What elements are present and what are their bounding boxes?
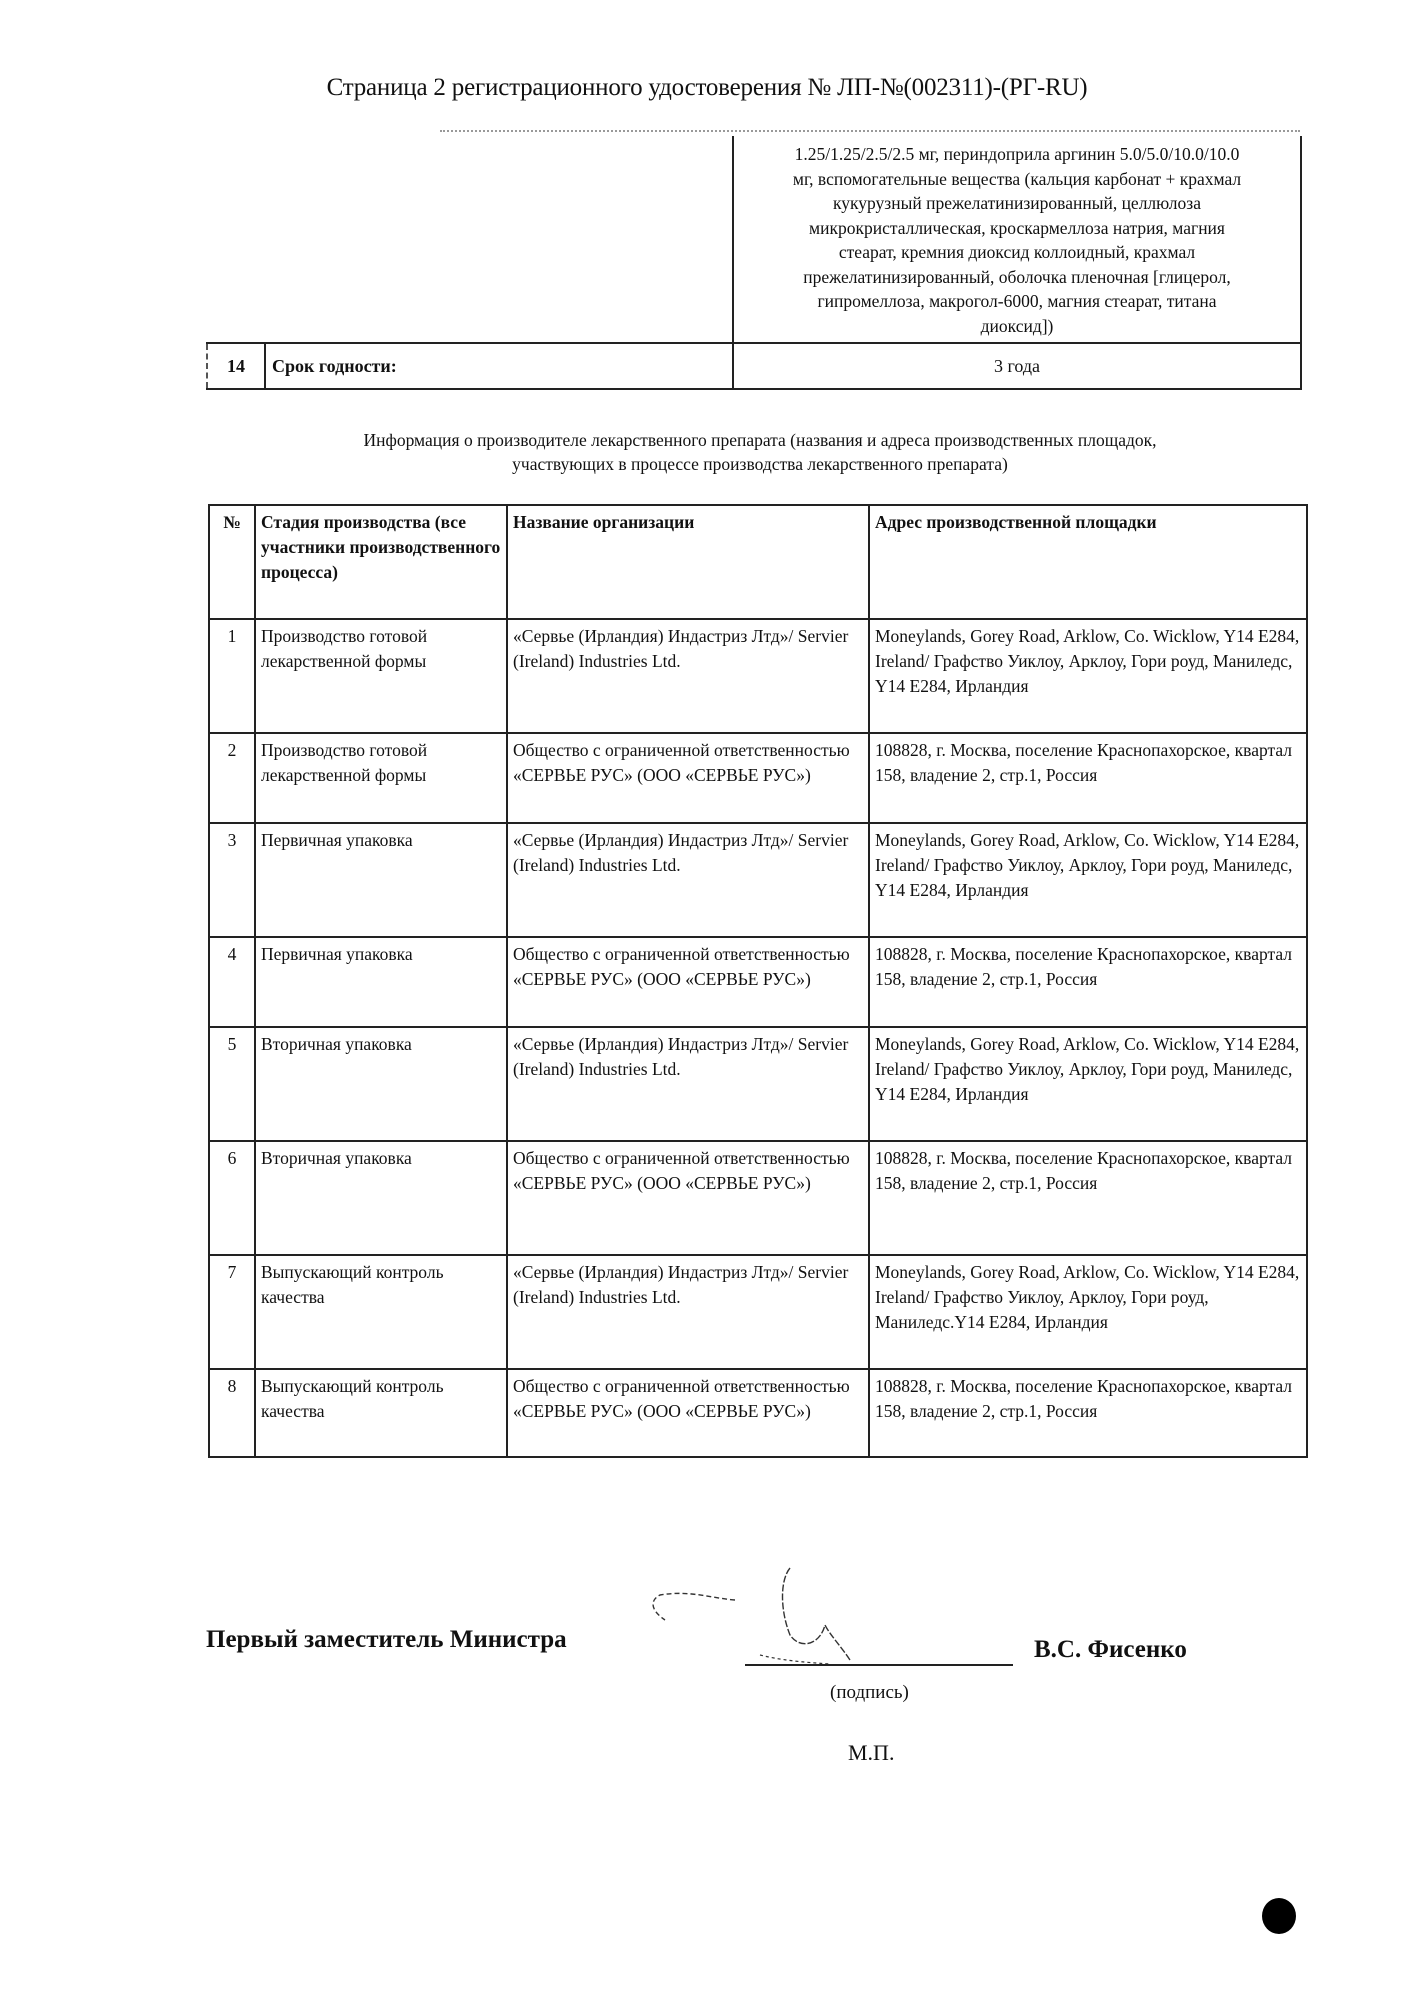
shelf-life-label: Срок годности: bbox=[265, 343, 733, 389]
stage-cell: Выпускающий контроль качества bbox=[255, 1255, 507, 1369]
row-number: 6 bbox=[209, 1141, 255, 1255]
stage-cell: Первичная упаковка bbox=[255, 937, 507, 1027]
signature-caption: (подпись) bbox=[830, 1682, 909, 1704]
row-number: 14 bbox=[207, 343, 265, 389]
composition-line: прежелатинизированный, оболочка пленочна… bbox=[742, 265, 1292, 290]
composition-cell: 1.25/1.25/2.5/2.5 мг, периндоприла аргин… bbox=[733, 136, 1301, 343]
composition-continuation-table: 1.25/1.25/2.5/2.5 мг, периндоприла аргин… bbox=[206, 136, 1302, 390]
table-row: 5 Вторичная упаковка «Сервье (Ирландия) … bbox=[209, 1027, 1307, 1141]
composition-line: мг, вспомогательные вещества (кальция ка… bbox=[742, 167, 1292, 192]
table-row: 8 Выпускающий контроль качества Общество… bbox=[209, 1369, 1307, 1457]
row-number: 2 bbox=[209, 733, 255, 823]
signer-position: Первый заместитель Министра bbox=[206, 1626, 567, 1654]
organization-cell: «Сервье (Ирландия) Индастриз Лтд»/ Servi… bbox=[507, 1255, 869, 1369]
composition-line: 1.25/1.25/2.5/2.5 мг, периндоприла аргин… bbox=[742, 142, 1292, 167]
composition-line: кукурузный прежелатинизированный, целлюл… bbox=[742, 191, 1292, 216]
column-header-number: № bbox=[209, 505, 255, 619]
row-number: 5 bbox=[209, 1027, 255, 1141]
table-row: 6 Вторичная упаковка Общество с ограниче… bbox=[209, 1141, 1307, 1255]
signer-name: В.С. Фисенко bbox=[1034, 1636, 1187, 1664]
stamp-place-label: М.П. bbox=[848, 1740, 894, 1766]
address-cell: 108828, г. Москва, поселение Краснопахор… bbox=[869, 937, 1307, 1027]
composition-line: стеарат, кремния диоксид коллоидный, кра… bbox=[742, 240, 1292, 265]
table-header-row: № Стадия производства (все участники про… bbox=[209, 505, 1307, 619]
row-number: 3 bbox=[209, 823, 255, 937]
table-row: 3 Первичная упаковка «Сервье (Ирландия) … bbox=[209, 823, 1307, 937]
organization-cell: «Сервье (Ирландия) Индастриз Лтд»/ Servi… bbox=[507, 823, 869, 937]
table-row: 4 Первичная упаковка Общество с ограниче… bbox=[209, 937, 1307, 1027]
organization-cell: Общество с ограниченной ответственностью… bbox=[507, 733, 869, 823]
organization-cell: «Сервье (Ирландия) Индастриз Лтд»/ Servi… bbox=[507, 1027, 869, 1141]
row-number: 4 bbox=[209, 937, 255, 1027]
stage-cell: Производство готовой лекарственной формы bbox=[255, 619, 507, 733]
column-header-organization: Название организации bbox=[507, 505, 869, 619]
row-number: 1 bbox=[209, 619, 255, 733]
shelf-life-value: 3 года bbox=[733, 343, 1301, 389]
organization-cell: «Сервье (Ирландия) Индастриз Лтд»/ Servi… bbox=[507, 619, 869, 733]
organization-cell: Общество с ограниченной ответственностью… bbox=[507, 937, 869, 1027]
composition-line: гипромеллоза, макрогол-6000, магния стеа… bbox=[742, 289, 1292, 314]
organization-cell: Общество с ограниченной ответственностью… bbox=[507, 1141, 869, 1255]
composition-line: диоксид]) bbox=[742, 314, 1292, 339]
column-header-stage: Стадия производства (все участники произ… bbox=[255, 505, 507, 619]
table-row: 7 Выпускающий контроль качества «Сервье … bbox=[209, 1255, 1307, 1369]
stage-cell: Производство готовой лекарственной формы bbox=[255, 733, 507, 823]
page-header: Страница 2 регистрационного удостоверени… bbox=[0, 74, 1414, 102]
address-cell: Moneylands, Gorey Road, Arklow, Co. Wick… bbox=[869, 1027, 1307, 1141]
address-cell: Moneylands, Gorey Road, Arklow, Co. Wick… bbox=[869, 619, 1307, 733]
address-cell: 108828, г. Москва, поселение Краснопахор… bbox=[869, 1369, 1307, 1457]
stage-cell: Вторичная упаковка bbox=[255, 1027, 507, 1141]
row-number: 8 bbox=[209, 1369, 255, 1457]
address-cell: Moneylands, Gorey Road, Arklow, Co. Wick… bbox=[869, 1255, 1307, 1369]
address-cell: Moneylands, Gorey Road, Arklow, Co. Wick… bbox=[869, 823, 1307, 937]
caption-line: участвующих в процессе производства лека… bbox=[200, 452, 1320, 476]
scan-artifact-line bbox=[440, 130, 1300, 132]
stage-cell: Первичная упаковка bbox=[255, 823, 507, 937]
shelf-life-row: 14 Срок годности: 3 года bbox=[207, 343, 1301, 389]
column-header-address: Адрес производственной площадки bbox=[869, 505, 1307, 619]
table-row: 1 Производство готовой лекарственной фор… bbox=[209, 619, 1307, 733]
stage-cell: Выпускающий контроль качества bbox=[255, 1369, 507, 1457]
manufacturer-table: № Стадия производства (все участники про… bbox=[208, 504, 1308, 1458]
scan-dot-mark bbox=[1262, 1898, 1296, 1934]
signature-line bbox=[745, 1664, 1013, 1666]
address-cell: 108828, г. Москва, поселение Краснопахор… bbox=[869, 1141, 1307, 1255]
table-row: 2 Производство готовой лекарственной фор… bbox=[209, 733, 1307, 823]
manufacturer-info-caption: Информация о производителе лекарственног… bbox=[200, 428, 1320, 476]
stage-cell: Вторичная упаковка bbox=[255, 1141, 507, 1255]
organization-cell: Общество с ограниченной ответственностью… bbox=[507, 1369, 869, 1457]
address-cell: 108828, г. Москва, поселение Краснопахор… bbox=[869, 733, 1307, 823]
caption-line: Информация о производителе лекарственног… bbox=[200, 428, 1320, 452]
handwritten-signature bbox=[640, 1560, 940, 1670]
row-number: 7 bbox=[209, 1255, 255, 1369]
composition-line: микрокристаллическая, кроскармеллоза нат… bbox=[742, 216, 1292, 241]
